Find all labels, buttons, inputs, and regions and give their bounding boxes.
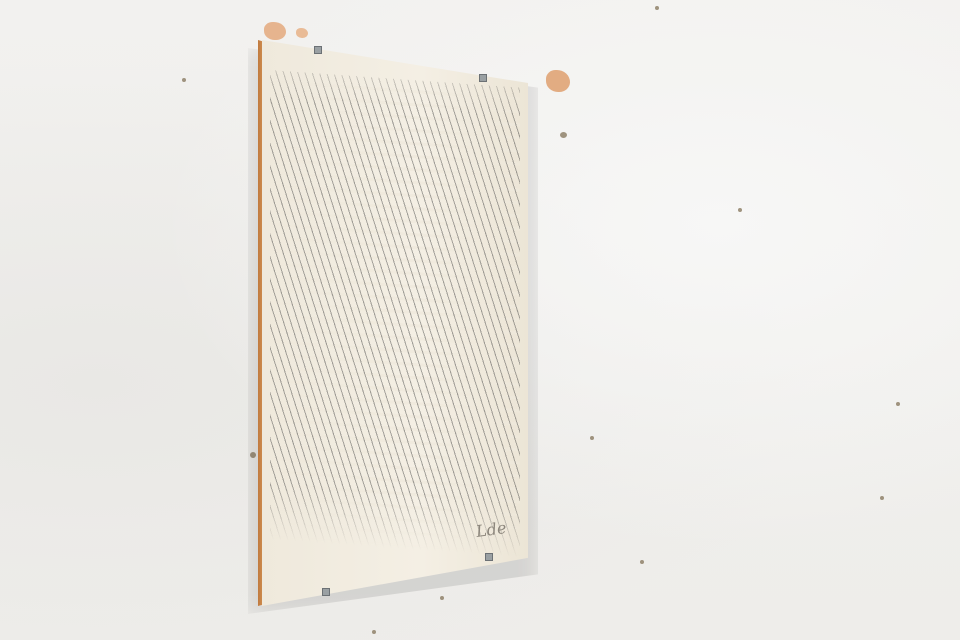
wall-speck — [738, 208, 742, 212]
wall-speck — [640, 560, 644, 564]
frame-clip — [314, 46, 322, 54]
frame-clip — [479, 74, 487, 82]
wall-speck — [880, 496, 884, 500]
wall-speck — [560, 132, 567, 138]
plaster-chip — [264, 22, 286, 40]
wall-speck — [440, 596, 444, 600]
frame-clip — [322, 588, 330, 596]
wall-speck — [655, 6, 659, 10]
pencil-hatching — [270, 70, 520, 557]
plaster-chip — [546, 70, 570, 92]
plaster-chip — [296, 28, 308, 38]
wall-speck — [182, 78, 186, 82]
frame-clip — [485, 553, 493, 561]
wall-speck — [896, 402, 900, 406]
wall-speck — [590, 436, 594, 440]
wall-speck — [372, 630, 376, 634]
